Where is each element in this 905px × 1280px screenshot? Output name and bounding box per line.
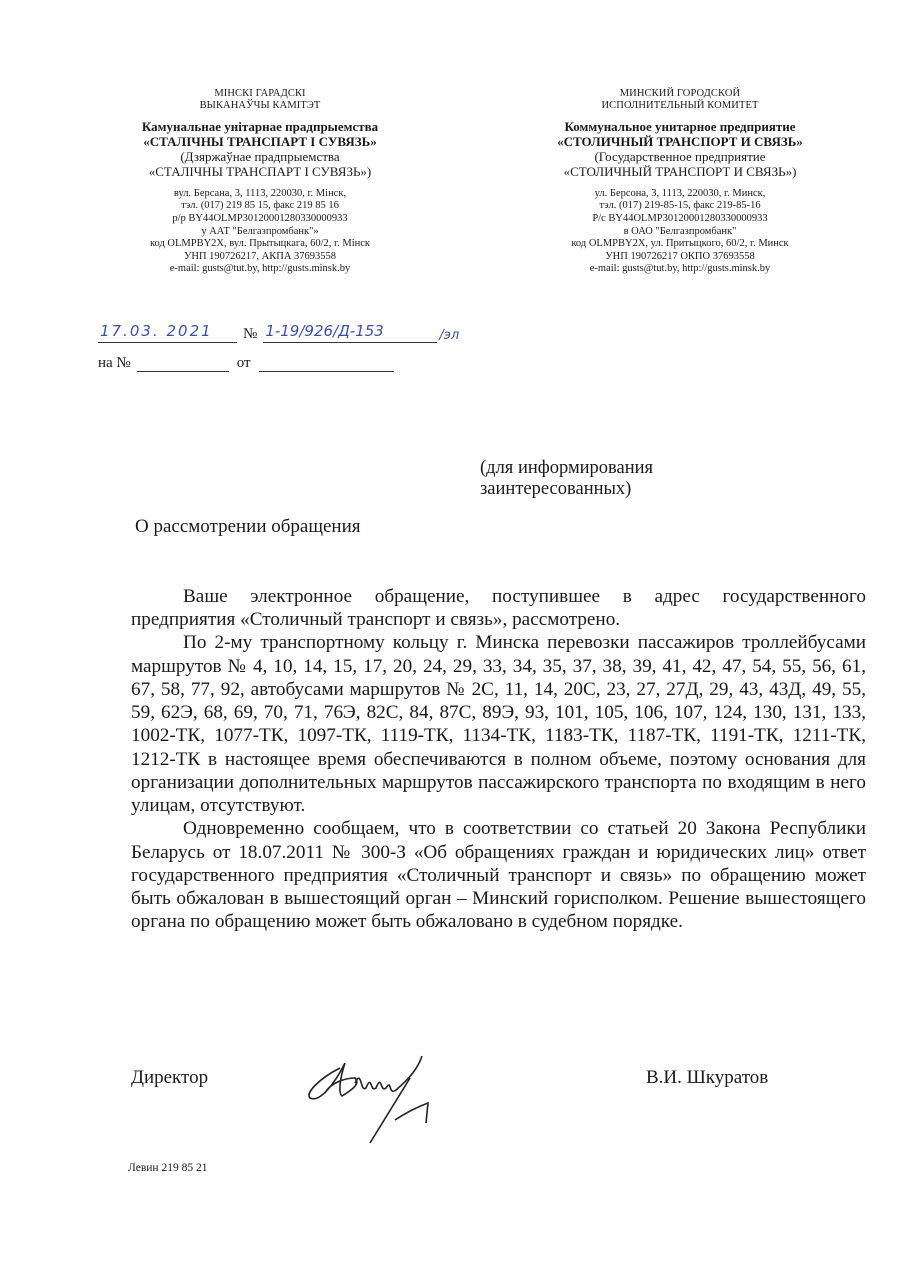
org-name: «СТОЛИЧНЫЙ ТРАНСПОРТ И СВЯЗЬ» — [515, 135, 845, 150]
signatory-title: Директор — [131, 1067, 208, 1089]
authority-line: ВЫКАНАЎЧЫ КАМІТЭТ — [100, 100, 420, 112]
authority-line: МІНСКІ ГАРАДСКІ — [100, 88, 420, 100]
signatory-name: В.И. Шкуратов — [646, 1067, 768, 1089]
contact-line: Р/с BY44OLMP30120001280330000933 — [515, 213, 845, 226]
from-label: от — [237, 355, 251, 372]
letter-body: Ваше электронное обращение, поступившее … — [131, 585, 866, 934]
subject: О рассмотрении обращения — [135, 516, 361, 538]
contact-line: вул. Берсана, 3, 1113, 220030, г. Мінск, — [100, 188, 420, 201]
contact-line: e-mail: gusts@tut.by, http://gusts.minsk… — [515, 263, 845, 276]
handwritten-date: 17.03. 2021 — [98, 322, 237, 343]
contact-line: тэл. (017) 219-85-15, факс 219-85-16 — [515, 200, 845, 213]
addressee-line: заинтересованных) — [480, 479, 653, 500]
letterhead-belarusian: МІНСКІ ГАРАДСКІ ВЫКАНАЎЧЫ КАМІТЭТ Камуна… — [100, 88, 420, 276]
org-name: Камунальнае унітарнае прадпрыемства — [100, 120, 420, 135]
contacts: ул. Берсона, 3, 1113, 220030, г. Минск, … — [515, 188, 845, 276]
contact-line: у ААТ "Белгазпромбанк"» — [100, 226, 420, 239]
addressee: (для информирования заинтересованных) — [480, 458, 653, 501]
contact-line: ул. Берсона, 3, 1113, 220030, г. Минск, — [515, 188, 845, 201]
registration-block: 17.03. 2021 № 1-19/926/Д-153 /эл на № от — [98, 322, 459, 372]
org-subtitle: (Дзяржаўнае прадпрыемства — [100, 150, 420, 165]
reply-to-number-blank — [137, 357, 229, 372]
paragraph: Ваше электронное обращение, поступившее … — [131, 585, 866, 631]
reply-to-label: на № — [98, 355, 131, 372]
contact-line: e-mail: gusts@tut.by, http://gusts.minsk… — [100, 263, 420, 276]
paragraph: Одновременно сообщаем, что в соответстви… — [131, 817, 866, 933]
from-date-blank — [259, 357, 394, 372]
handwritten-signature-icon — [300, 1048, 500, 1148]
contact-line: код OLMPBY2X, вул. Прытыцкага, 60/2, г. … — [100, 238, 420, 251]
org-subtitle: «СТОЛИЧНЫЙ ТРАНСПОРТ И СВЯЗЬ») — [515, 165, 845, 180]
letterhead-russian: МИНСКИЙ ГОРОДСКОЙ ИСПОЛНИТЕЛЬНЫЙ КОМИТЕТ… — [515, 88, 845, 276]
handwritten-number: 1-19/926/Д-153 — [263, 322, 437, 343]
org-name: «СТАЛІЧНЫ ТРАНСПАРТ І СУВЯЗЬ» — [100, 135, 420, 150]
authority-line: МИНСКИЙ ГОРОДСКОЙ — [515, 88, 845, 100]
paragraph: По 2-му транспортному кольцу г. Минска п… — [131, 631, 866, 817]
contact-line: в ОАО "Белгазпромбанк" — [515, 226, 845, 239]
executor-contact: Левин 219 85 21 — [128, 1162, 207, 1174]
authority-line: ИСПОЛНИТЕЛЬНЫЙ КОМИТЕТ — [515, 100, 845, 112]
contacts: вул. Берсана, 3, 1113, 220030, г. Мінск,… — [100, 188, 420, 276]
number-sign: № — [243, 326, 257, 343]
addressee-line: (для информирования — [480, 458, 653, 479]
outgoing-registration: 17.03. 2021 № 1-19/926/Д-153 /эл — [98, 322, 459, 343]
contact-line: тэл. (017) 219 85 15, факс 219 85 16 — [100, 200, 420, 213]
contact-line: УНП 190726217 ОКПО 37693558 — [515, 251, 845, 264]
handwritten-number-suffix: /эл — [439, 328, 459, 343]
incoming-reference: на № от — [98, 355, 459, 372]
org-subtitle: «СТАЛІЧНЫ ТРАНСПАРТ І СУВЯЗЬ») — [100, 165, 420, 180]
org-subtitle: (Государственное предприятие — [515, 150, 845, 165]
org-name: Коммунальное унитарное предприятие — [515, 120, 845, 135]
contact-line: УНП 190726217, АКПА 37693558 — [100, 251, 420, 264]
contact-line: р/р BY44OLMP30120001280330000933 — [100, 213, 420, 226]
contact-line: код OLMPBY2X, ул. Притыцкого, 60/2, г. М… — [515, 238, 845, 251]
